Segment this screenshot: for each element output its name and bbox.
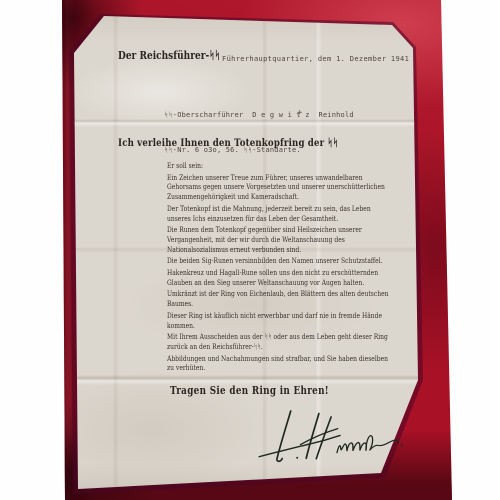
- letter-body: Er soll sein:Ein Zeichen unserer Treue z…: [167, 161, 394, 375]
- body-paragraph: Die Runen dem Totenkopf gegenüber sind H…: [167, 225, 394, 254]
- body-paragraph: Hakenkreuz und Hagall-Rune sollen uns de…: [167, 268, 394, 287]
- letterhead-sender: Der Reichsführer-ᛋᛋ: [118, 49, 220, 62]
- body-paragraph: Umkränzt ist der Ring von Eichenlaub, de…: [167, 289, 394, 308]
- recipient-name-line: ᛋᛋ-Oberscharführer D e g w i t z Reinhol…: [164, 110, 354, 122]
- pencil-plus-mark: +: [297, 108, 302, 118]
- closing-exhortation: Tragen Sie den Ring in Ehren!: [170, 384, 329, 397]
- body-paragraph: Ein Zeichen unserer Treue zum Führer, un…: [167, 173, 394, 202]
- award-heading: Ich verleihe Ihnen den Totenkopfring der…: [118, 137, 338, 149]
- photo-of-letter: Der Reichsführer-ᛋᛋ Führerhauptquartier,…: [0, 0, 500, 500]
- dateline: Führerhauptquartier, dem 1. Dezember 194…: [222, 55, 409, 63]
- body-paragraph: Abbildungen und Nachahmungen sind strafb…: [167, 354, 394, 373]
- body-paragraph: Dieser Ring ist käuflich nicht erwerbbar…: [167, 311, 394, 330]
- body-paragraph: Die beiden Sig-Runen versinnbilden den N…: [167, 256, 394, 266]
- body-paragraph: Er soll sein:: [167, 161, 394, 171]
- body-paragraph: Der Totenkopf ist die Mahnung, jederzeit…: [167, 204, 394, 223]
- body-paragraph: Mit Ihrem Ausscheiden aus der ᛋᛋ oder au…: [167, 332, 394, 351]
- himmler-signature: [252, 399, 407, 469]
